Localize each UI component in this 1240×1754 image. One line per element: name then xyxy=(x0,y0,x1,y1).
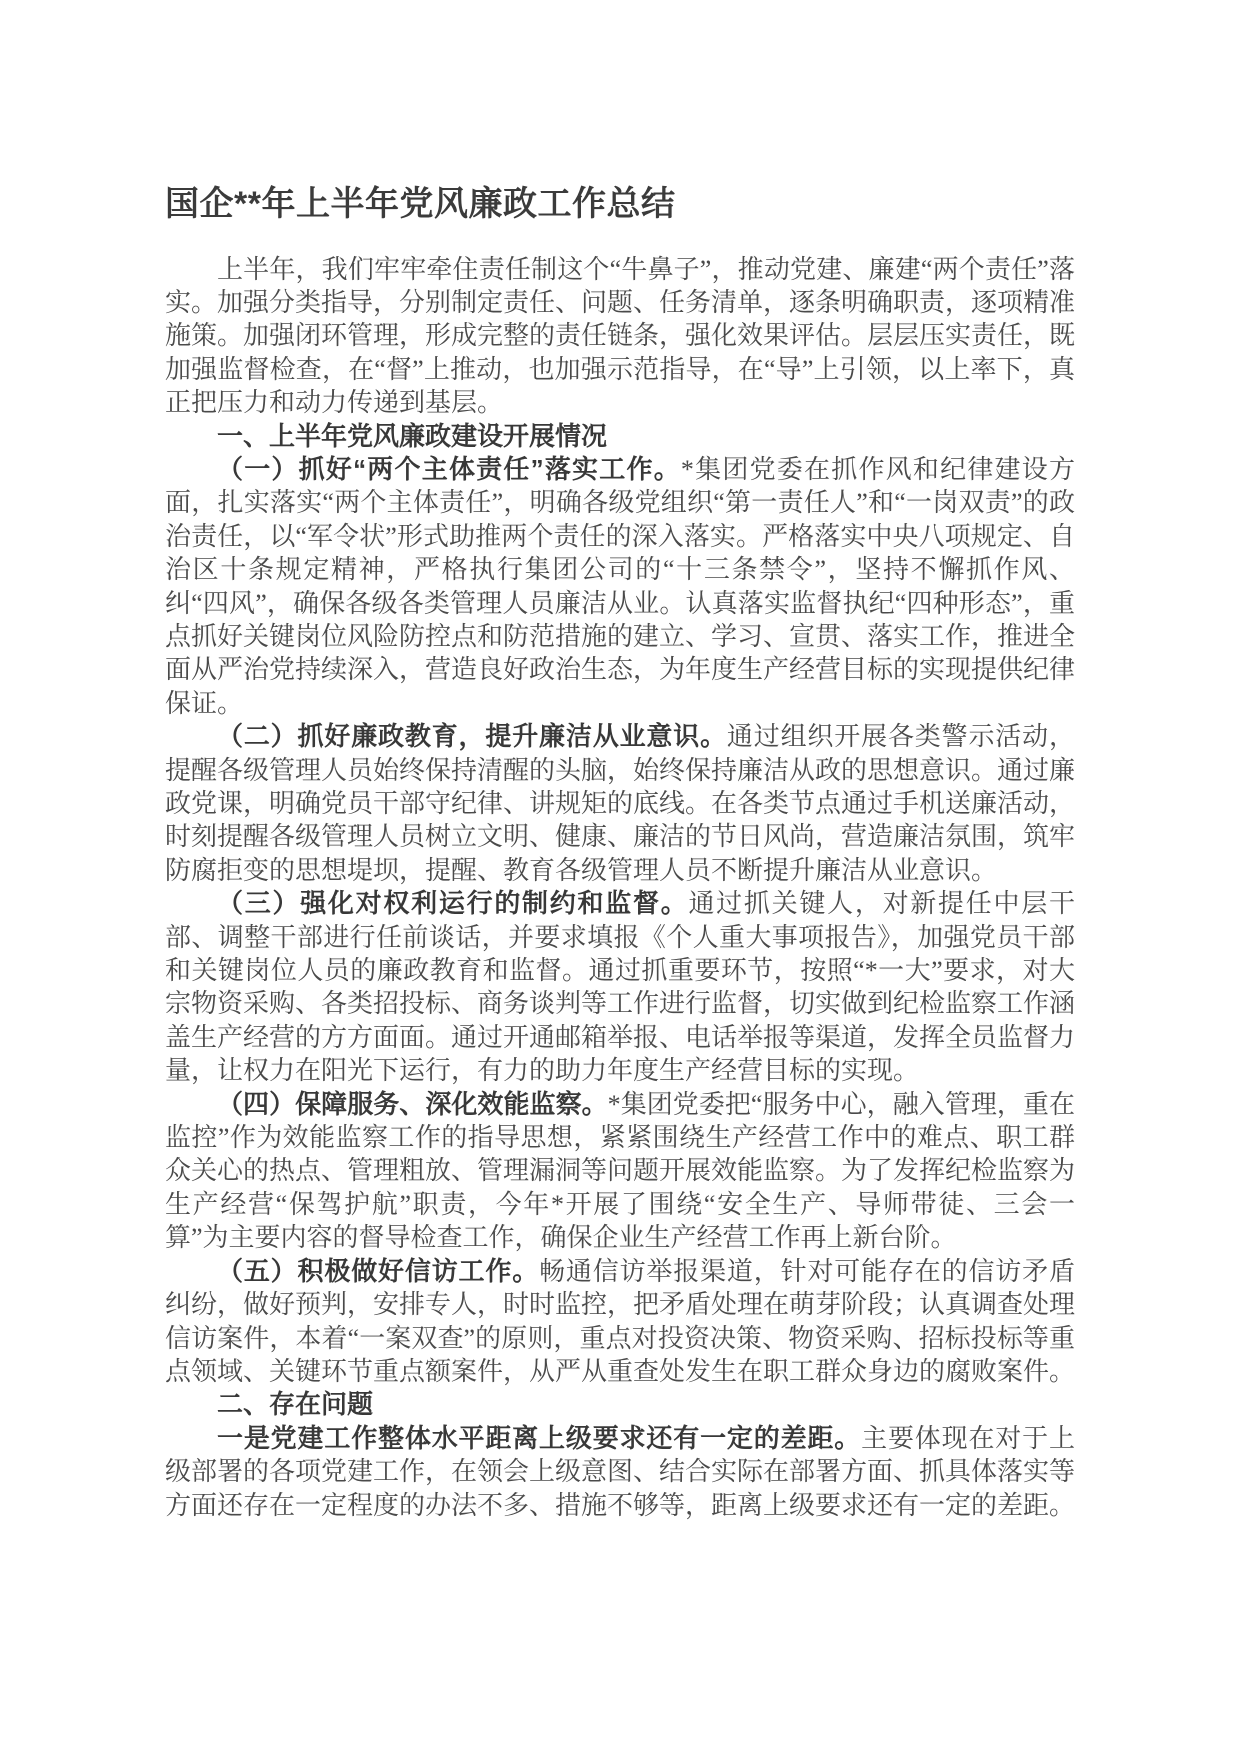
paragraph-intro: 上半年，我们牢牢牵住责任制这个“牛鼻子”，推动党建、廉建“两个责任”落实。加强分… xyxy=(165,253,1075,420)
document-title: 国企**年上半年党风廉政工作总结 xyxy=(165,183,1075,226)
section-heading-text: 一、上半年党风廉政建设开展情况 xyxy=(217,421,607,451)
paragraph-text: *集团党委在抓作风和纪律建设方面，扎实落实“两个主体责任”，明确各级党组织“第一… xyxy=(165,455,1075,718)
paragraph-text: 通过抓关键人，对新提任中层干部、调整干部进行任前谈话，并要求填报《个人重大事项报… xyxy=(165,889,1075,1085)
document-page: 国企**年上半年党风廉政工作总结 上半年，我们牢牢牵住责任制这个“牛鼻子”，推动… xyxy=(0,0,1240,1754)
paragraph-item-2: （二）抓好廉政教育，提升廉洁从业意识。通过组织开展各类警示活动，提醒各级管理人员… xyxy=(165,720,1075,887)
paragraph-lead-text: （四）保障服务、深化效能监察。 xyxy=(217,1089,608,1119)
paragraph-item-1: （一）抓好“两个主体责任”落实工作。*集团党委在抓作风和纪律建设方面，扎实落实“… xyxy=(165,453,1075,720)
paragraph-text: 上半年，我们牢牢牵住责任制这个“牛鼻子”，推动党建、廉建“两个责任”落实。加强分… xyxy=(165,255,1075,418)
paragraph-lead-text: 一是党建工作整体水平距离上级要求还有一定的差距。 xyxy=(217,1423,861,1453)
paragraph-lead-text: （二）抓好廉政教育，提升廉洁从业意识。 xyxy=(217,721,727,751)
paragraph-lead-text: （三）强化对权利运行的制约和监督。 xyxy=(217,888,688,918)
section-heading-text: 二、存在问题 xyxy=(217,1389,373,1419)
section-heading-2: 二、存在问题 xyxy=(165,1388,1075,1421)
paragraph-problem-1: 一是党建工作整体水平距离上级要求还有一定的差距。主要体现在对于上级部署的各项党建… xyxy=(165,1422,1075,1522)
paragraph-item-3: （三）强化对权利运行的制约和监督。通过抓关键人，对新提任中层干部、调整干部进行任… xyxy=(165,887,1075,1087)
paragraph-lead-text: （五）积极做好信访工作。 xyxy=(217,1256,539,1286)
paragraph-item-4: （四）保障服务、深化效能监察。*集团党委把“服务中心，融入管理，重在监控”作为效… xyxy=(165,1088,1075,1255)
paragraph-lead-text: （一）抓好“两个主体责任”落实工作。 xyxy=(217,454,681,484)
section-heading-1: 一、上半年党风廉政建设开展情况 xyxy=(165,420,1075,453)
paragraph-item-5: （五）积极做好信访工作。畅通信访举报渠道，针对可能存在的信访矛盾纠纷，做好预判，… xyxy=(165,1255,1075,1389)
